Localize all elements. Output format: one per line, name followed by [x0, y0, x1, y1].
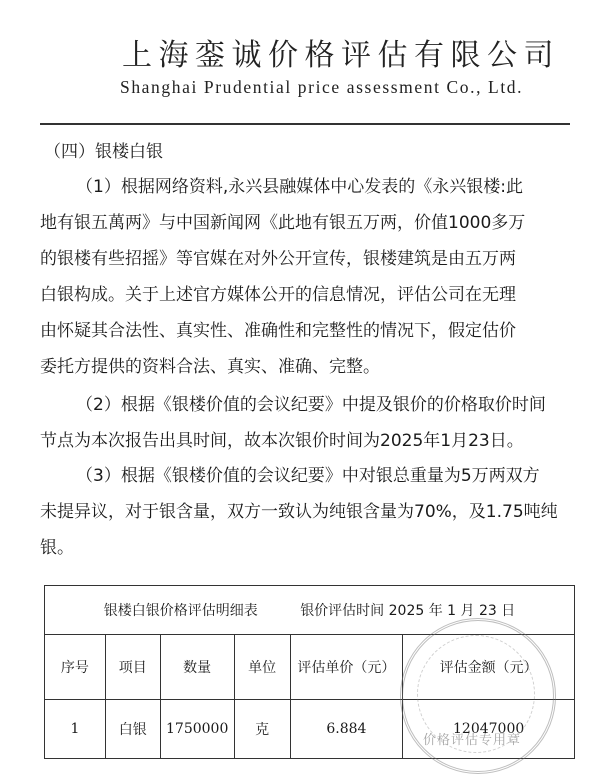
- header-unit-price: 评估单价（元）: [290, 635, 403, 700]
- table-row: 1 白银 1750000 克 6.884 12047000: [45, 700, 575, 759]
- company-name-chinese: 上海銮诚价格评估有限公司: [122, 30, 572, 74]
- cell-index: 1: [45, 700, 106, 759]
- header-divider: [40, 123, 570, 125]
- header-total-amount: 评估金额（元）: [403, 635, 575, 700]
- company-name-english: Shanghai Prudential price assessment Co.…: [120, 77, 580, 98]
- cell-total-amount: 12047000: [403, 700, 575, 759]
- paragraph-line: 由怀疑其合法性、真实性、准确性和完整性的情况下，假定估价: [40, 313, 580, 349]
- table-caption-row: 银楼白银价格评估明细表 银价评估时间 2025 年 1 月 23 日: [45, 586, 575, 635]
- valuation-table: 银楼白银价格评估明细表 银价评估时间 2025 年 1 月 23 日 序号 项目…: [44, 585, 575, 759]
- header-quantity: 数量: [160, 635, 234, 700]
- paragraph-1: （1）根据网络资料,永兴县融媒体中心发表的《永兴银楼:此 地有银五萬两》与中国新…: [40, 169, 580, 385]
- valuation-date: 银价评估时间 2025 年 1 月 23 日: [300, 603, 515, 619]
- header-item: 项目: [105, 635, 160, 700]
- paragraph-line: 地有银五萬两》与中国新闻网《此地有银五万两，价值1000多万: [40, 205, 580, 241]
- table-title: 银楼白银价格评估明细表: [104, 603, 258, 619]
- table-caption: 银楼白银价格评估明细表 银价评估时间 2025 年 1 月 23 日: [45, 586, 575, 635]
- paragraph-line: （3）根据《银楼价值的会议纪要》中对银总重量为5万两双方: [40, 458, 580, 494]
- section-title: （四）银楼白银: [44, 137, 163, 162]
- paragraph-line: （1）根据网络资料,永兴县融媒体中心发表的《永兴银楼:此: [40, 169, 580, 205]
- valuation-table-container: 银楼白银价格评估明细表 银价评估时间 2025 年 1 月 23 日 序号 项目…: [44, 585, 575, 759]
- paragraph-line: （2）根据《银楼价值的会议纪要》中提及银价的价格取价时间: [40, 387, 580, 423]
- paragraph-line: 的银楼有些招摇》等官媒在对外公开宣传，银楼建筑是由五万两: [40, 241, 580, 277]
- header-unit: 单位: [234, 635, 290, 700]
- cell-quantity: 1750000: [160, 700, 234, 759]
- paragraph-2: （2）根据《银楼价值的会议纪要》中提及银价的价格取价时间 节点为本次报告出具时间…: [40, 387, 580, 459]
- paragraph-line: 未提异议，对于银含量，双方一致认为纯银含量为70%，及1.75吨纯: [40, 494, 580, 530]
- header-index: 序号: [45, 635, 106, 700]
- paragraph-line: 银。: [40, 530, 580, 566]
- cell-item: 白银: [105, 700, 160, 759]
- cell-unit: 克: [234, 700, 290, 759]
- paragraph-line: 白银构成。关于上述官方媒体公开的信息情况，评估公司在无理: [40, 277, 580, 313]
- cell-unit-price: 6.884: [290, 700, 403, 759]
- table-header-row: 序号 项目 数量 单位 评估单价（元） 评估金额（元）: [45, 635, 575, 700]
- paragraph-3: （3）根据《银楼价值的会议纪要》中对银总重量为5万两双方 未提异议，对于银含量，…: [40, 458, 580, 566]
- paragraph-line: 节点为本次报告出具时间，故本次银价时间为2025年1月23日。: [40, 423, 580, 459]
- paragraph-line: 委托方提供的资料合法、真实、准确、完整。: [40, 349, 580, 385]
